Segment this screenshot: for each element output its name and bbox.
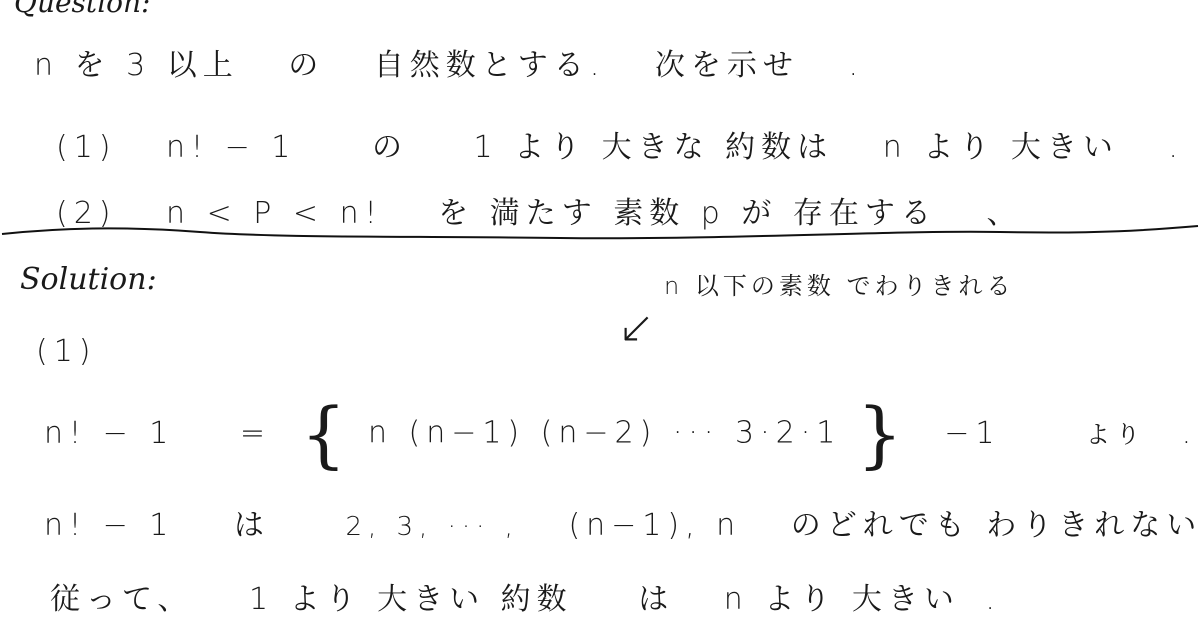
line2-lhs: n! − 1	[44, 508, 174, 543]
conclusion-text: 1 より 大きい 約数	[249, 574, 573, 618]
line2-wa: は	[234, 500, 270, 544]
brace-close: }	[857, 392, 909, 476]
conclusion-wa: は	[638, 574, 674, 618]
solution-conclusion: 従って、 1 より 大きい 約数 は n より 大きい .	[50, 574, 1001, 618]
solution-line-2: n! − 1 は 2, 3, ··· , (n−1), n のどれでも わりきれ…	[44, 500, 1200, 544]
section-divider	[0, 222, 1200, 246]
equation-product: n (n−1) (n−2) ··· 3·2·1	[368, 416, 841, 451]
line2-list: 2, 3, ··· ,	[345, 512, 518, 542]
equation-minus-one: −1	[944, 416, 1000, 451]
item-1-text-1: の	[372, 122, 408, 166]
item-1-text-4: .	[1168, 130, 1184, 165]
brace-open: {	[301, 392, 353, 476]
intro-part-5: .	[848, 48, 864, 83]
equation-equals: =	[240, 416, 271, 451]
solution-part-number: (1)	[36, 334, 97, 369]
item-1-number: (1)	[56, 130, 117, 165]
conclusion-tail: n より 大きい	[724, 574, 960, 618]
intro-part-3: 自然数とする.	[374, 40, 606, 84]
line2-text: のどれでも わりきれない	[791, 500, 1200, 544]
conclusion-lead: 従って、	[50, 574, 193, 618]
item-1-expression: n! − 1	[166, 130, 296, 165]
equation-lhs: n! − 1	[44, 416, 174, 451]
intro-part-4: 次を示せ	[655, 40, 799, 84]
solution-annotation: n 以下の素数 でわりきれる	[664, 266, 1014, 301]
question-intro: n を 3 以上 の 自然数とする. 次を示せ .	[34, 40, 898, 84]
item-1-text-3: n より 大きい	[883, 122, 1119, 166]
line2-list-end: (n−1), n	[568, 508, 741, 543]
equation-suffix: より	[1086, 421, 1146, 449]
equation-period: .	[1182, 416, 1198, 451]
solution-label: Solution:	[20, 262, 157, 297]
intro-part-1: n を 3 以上	[34, 40, 239, 84]
question-item-1: (1) n! − 1 の 1 より 大きな 約数は n より 大きい .	[56, 122, 1200, 166]
conclusion-period: .	[985, 582, 1001, 617]
intro-part-2: の	[288, 40, 324, 84]
annotation-arrow-icon: ↙	[618, 302, 655, 353]
question-label: Question:	[14, 0, 150, 19]
item-1-text-2: 1 より 大きな 約数は	[473, 122, 833, 166]
solution-equation: n! − 1 = { n (n−1) (n−2) ··· 3·2·1 } −1 …	[44, 398, 1197, 470]
